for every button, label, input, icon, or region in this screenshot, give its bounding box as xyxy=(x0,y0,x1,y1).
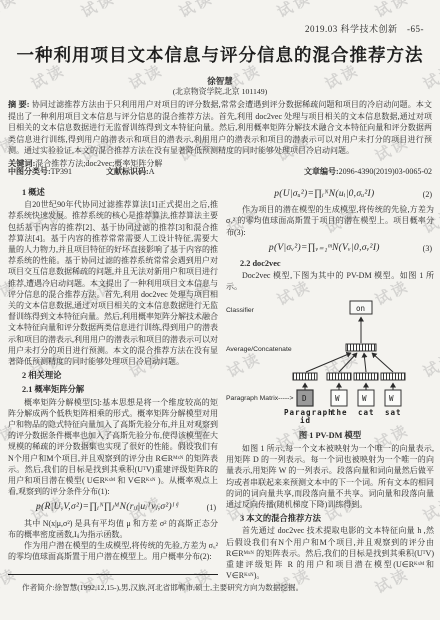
section-2-1-heading: 2.1 概率矩阵分解 xyxy=(8,384,218,395)
left-column: 1 概述 自20世纪90年代协同过滤推荐算法[1]正式提出之后,推荐系统快速发展… xyxy=(8,184,218,563)
equation-3-number: (3) xyxy=(423,243,434,254)
abstract-text: 协同过滤推荐方法由于只利用用户对项目的评分数据,常常会遭遇到评分数据稀疏问题和项… xyxy=(8,100,432,155)
input-word-id: id xyxy=(300,416,311,425)
pvdm-explain-paragraph: 如图 1 所示,每一个文本被映射为一个唯一的向量表示,用矩阵 D 的一列表示。每… xyxy=(226,443,434,510)
w-matrix-text-3: W xyxy=(389,394,394,403)
w1-to-avg-arrow xyxy=(339,353,357,372)
section-2-2-heading: 2.2 doc2vec xyxy=(226,258,434,269)
article-id-item: 文章编号:2096-4390(2019)03-0065-02 xyxy=(304,166,432,177)
average-vector-bar xyxy=(346,344,376,351)
item-prior-paragraph: 作为项目的潜在模型的生成模型,将传统的先验,方差为 σᵥ² 的零均值球面高斯置于… xyxy=(226,204,434,238)
paragraph-vector-bar xyxy=(293,373,317,380)
equation-1: p(R|U,V,σ²)=∏ᵢᴺ∏ⱼᴹN(rᵢⱼ|uᵢᵀvⱼ,σ²)ᴵⁱʲ xyxy=(8,502,207,513)
output-word-text: on xyxy=(356,304,365,313)
abstract-label: 摘 要: xyxy=(8,100,30,109)
section-1-heading: 1 概述 xyxy=(8,187,218,198)
w-matrix-text-1: W xyxy=(335,394,340,403)
hybrid-method-paragraph: 首先通过 doc2vec 技术提取电影的文本特征向量 h ,然后假设我们有N个用… xyxy=(226,525,434,581)
equation-2-number: (2) xyxy=(423,189,434,200)
w-matrix-text-2: W xyxy=(362,394,367,403)
clc-item: 中图分类号:TP391 xyxy=(8,166,72,177)
author-affiliation: (北京物资学院,北京 101149) xyxy=(0,86,440,97)
word-vector-bar-2 xyxy=(354,373,378,380)
classifier-label: Classifier xyxy=(226,307,255,314)
section-2-heading: 2 相关理论 xyxy=(8,370,218,381)
input-word-sat: sat xyxy=(385,408,402,417)
user-prior-paragraph: 作为用户潜在模型的生成模型,将传统的先验,方差为 σᵤ² 的零均值球面高斯置于用… xyxy=(8,540,218,562)
pvdm-figure: Classifier on Average/Concatenate xyxy=(226,299,434,428)
word-vector-bar-3 xyxy=(381,373,405,380)
paper-title: 一种利用项目文本信息与评分信息的混合推荐方法 xyxy=(0,42,440,67)
author-bio: 作者简介:徐智慧(1992,12,15-),男,汉族,河北省邯郸市,硕士,主要研… xyxy=(8,582,432,593)
doc2vec-intro-paragraph: Doc2vec 模型,下图为其中的 PV-DM 模型。如图 1 所示。 xyxy=(226,270,434,292)
footnote-divider xyxy=(8,574,218,575)
section-1-paragraph: 自20世纪90年代协同过滤推荐算法[1]正式提出之后,推荐系统快速发展。推荐系统… xyxy=(8,199,218,367)
average-concatenate-label: Average/Concatenate xyxy=(226,346,292,353)
w3-to-avg-arrow xyxy=(372,353,393,372)
equation-2-row: p(U|σᵤ²)=∏ᵢᴺN(uᵢ|0,σᵤ²I) (2) xyxy=(226,189,434,200)
classification-line: 中图分类号:TP391 文献标识码:A 文章编号:2096-4390(2019)… xyxy=(8,166,432,177)
word-vector-bar-1 xyxy=(327,373,351,380)
input-word-cat: cat xyxy=(358,408,375,417)
equation-3-row: p(V|σᵥ²)=∏ᵥ₌₁ᵐN(Vᵥ|0,σᵥ²I) (3) xyxy=(226,243,434,254)
figure-1-caption: 图 1 PV-DM 模型 xyxy=(226,430,434,441)
pmf-paragraph: 概率矩阵分解模型[5]:基本思想是将一个维度较高的矩阵分解成两个低秩矩阵相乘的形… xyxy=(8,397,218,498)
section-3-heading: 3 本文的混合推荐方法 xyxy=(226,513,434,524)
paragraph-matrix-label: Paragraph Matrix-----> xyxy=(226,395,293,402)
paper-page: 试读试读试读试读试读试读试读试读试读试读试读试读试读试读试读试读试读试读试读试读… xyxy=(0,0,440,620)
w2-to-avg-arrow xyxy=(364,353,366,372)
input-word-the: the xyxy=(331,408,348,417)
journal-header: 2019.03 科学技术创新 -65- xyxy=(305,22,424,35)
d-matrix-text: D xyxy=(302,394,307,403)
doc-code-item: 文献标识码:A xyxy=(106,166,154,177)
equation-2: p(U|σᵤ²)=∏ᵢᴺN(uᵢ|0,σᵤ²I) xyxy=(226,189,423,200)
abstract-block: 摘 要: 协同过滤推荐方法由于只利用用户对项目的评分数据,常常会遭遇到评分数据稀… xyxy=(8,99,432,170)
equation-1-number: (1) xyxy=(207,502,218,513)
pvdm-diagram: Classifier on Average/Concatenate xyxy=(226,299,432,425)
equation-1-row: p(R|U,V,σ²)=∏ᵢᴺ∏ⱼᴹN(rᵢⱼ|uᵢᵀvⱼ,σ²)ᴵⁱʲ (1) xyxy=(8,502,218,513)
gaussian-note-paragraph: 其中 N(x|μ,σ²) 是具有平均值 μ 和方差 σ² 的高斯正态分布的概率密… xyxy=(8,518,218,540)
page-content: 2019.03 科学技术创新 -65- 一种利用项目文本信息与评分信息的混合推荐… xyxy=(0,0,440,620)
right-column: p(U|σᵤ²)=∏ᵢᴺN(uᵢ|0,σᵤ²I) (2) 作为项目的潜在模型的生… xyxy=(226,184,434,581)
equation-3: p(V|σᵥ²)=∏ᵥ₌₁ᵐN(Vᵥ|0,σᵥ²I) xyxy=(226,243,423,254)
d-to-avg-arrow xyxy=(306,353,351,372)
